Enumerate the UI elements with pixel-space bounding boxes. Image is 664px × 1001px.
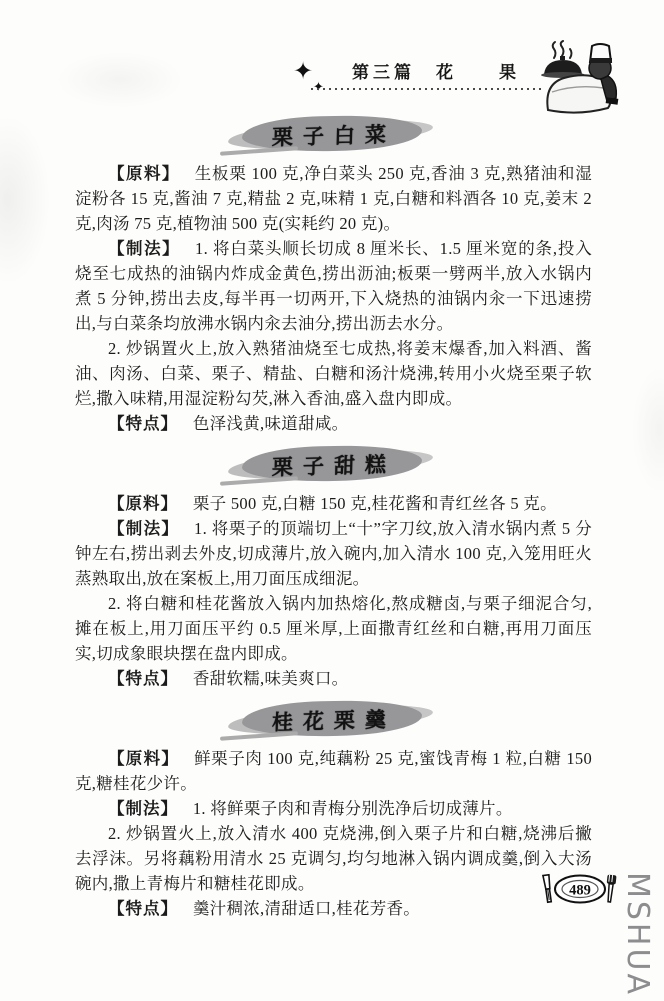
recipe-section: 栗子甜糕 【原料】栗子 500 克,白糖 150 克,桂花酱和青红丝各 5 克。… <box>75 443 592 691</box>
method-step-1-paragraph: 【制法】1. 将白菜头顺长切成 8 厘米长、1.5 厘米宽的条,投入烧至七成热的… <box>75 236 592 336</box>
section-label: 【制法】 <box>108 799 178 818</box>
paragraph-text: 香甜软糯,味美爽口。 <box>193 669 349 688</box>
knife-icon <box>543 875 553 903</box>
recipe-title-badge: 栗子甜糕 <box>254 443 414 486</box>
watermark: MSHUA <box>620 872 655 1000</box>
paragraph-text: 1. 将鲜栗子肉和青梅分别洗净后切成薄片。 <box>193 799 513 818</box>
recipe-section: 栗子白菜 【原料】生板栗 100 克,净白菜头 250 克,香油 3 克,熟猪油… <box>75 113 592 436</box>
recipe-title: 栗子白菜 <box>271 118 396 151</box>
book-page: ✦ ✦ 第三篇 花 果 栗子白菜 【原料】生板栗 100 克,净白 <box>0 0 664 1001</box>
star-icon-small: ✦ <box>313 80 324 93</box>
page-number-plate: 489 <box>536 870 622 910</box>
paragraph-text: 2. 将白糖和桂花酱放入锅内加热熔化,熬成糖卤,与栗子细泥合匀,摊在板上,用刀面… <box>75 594 592 663</box>
feature-paragraph: 【特点】香甜软糯,味美爽口。 <box>75 666 592 691</box>
method-step-1-paragraph: 【制法】1. 将栗子的顶端切上“十”字刀纹,放入清水锅内煮 5 分钟左右,捞出剥… <box>75 516 592 591</box>
section-label: 【特点】 <box>108 899 178 918</box>
recipe-title: 桂花栗羹 <box>271 703 396 736</box>
recipe-title-badge: 栗子白菜 <box>254 113 414 156</box>
method-step-1-paragraph: 【制法】1. 将鲜栗子肉和青梅分别洗净后切成薄片。 <box>75 796 592 821</box>
paragraph-text: 栗子 500 克,白糖 150 克,桂花酱和青红丝各 5 克。 <box>193 494 557 513</box>
method-step-2-paragraph: 2. 炒锅置火上,放入熟猪油烧至七成热,将姜末爆香,加入料酒、酱油、肉汤、白菜、… <box>75 336 592 411</box>
paragraph-text: 羹汁稠浓,清甜适口,桂花芳香。 <box>193 899 420 918</box>
fork-icon <box>605 875 617 903</box>
recipe-section: 桂花栗羹 【原料】鲜栗子肉 100 克,纯藕粉 25 克,蜜饯青梅 1 粒,白糖… <box>75 698 592 921</box>
method-step-2-paragraph: 2. 将白糖和桂花酱放入锅内加热熔化,熬成糖卤,与栗子细泥合匀,摊在板上,用刀面… <box>75 591 592 666</box>
recipe-title: 栗子甜糕 <box>271 448 396 481</box>
header-dotted-rule <box>311 88 541 90</box>
section-label: 【原料】 <box>108 494 178 513</box>
ingredients-paragraph: 【原料】鲜栗子肉 100 克,纯藕粉 25 克,蜜饯青梅 1 粒,白糖 150 … <box>75 746 592 796</box>
star-icon: ✦ <box>293 60 313 84</box>
feature-paragraph: 【特点】羹汁稠浓,清甜适口,桂花芳香。 <box>75 896 592 921</box>
ingredients-paragraph: 【原料】生板栗 100 克,净白菜头 250 克,香油 3 克,熟猪油和湿淀粉各… <box>75 161 592 236</box>
section-label: 【特点】 <box>108 669 178 688</box>
section-label: 【原料】 <box>108 749 179 768</box>
ingredients-paragraph: 【原料】栗子 500 克,白糖 150 克,桂花酱和青红丝各 5 克。 <box>75 491 592 516</box>
section-label: 【特点】 <box>108 414 178 433</box>
chapter-title: 第三篇 花 果 <box>352 58 542 83</box>
section-label: 【原料】 <box>108 164 180 183</box>
feature-paragraph: 【特点】色泽浅黄,味道甜咸。 <box>75 411 592 436</box>
paragraph-text: 2. 炒锅置火上,放入清水 400 克烧沸,倒入栗子片和白糖,烧沸后撇去浮沫。另… <box>75 824 592 893</box>
paragraph-text: 2. 炒锅置火上,放入熟猪油烧至七成热,将姜末爆香,加入料酒、酱油、肉汤、白菜、… <box>75 339 592 408</box>
section-label: 【制法】 <box>108 519 179 538</box>
page-content: 栗子白菜 【原料】生板栗 100 克,净白菜头 250 克,香油 3 克,熟猪油… <box>75 106 592 921</box>
section-label: 【制法】 <box>108 239 180 258</box>
paragraph-text: 色泽浅黄,味道甜咸。 <box>193 414 349 433</box>
page-number: 489 <box>569 883 591 899</box>
recipe-title-badge: 桂花栗羹 <box>254 698 414 741</box>
method-step-2-paragraph: 2. 炒锅置火上,放入清水 400 克烧沸,倒入栗子片和白糖,烧沸后撇去浮沫。另… <box>75 821 592 896</box>
